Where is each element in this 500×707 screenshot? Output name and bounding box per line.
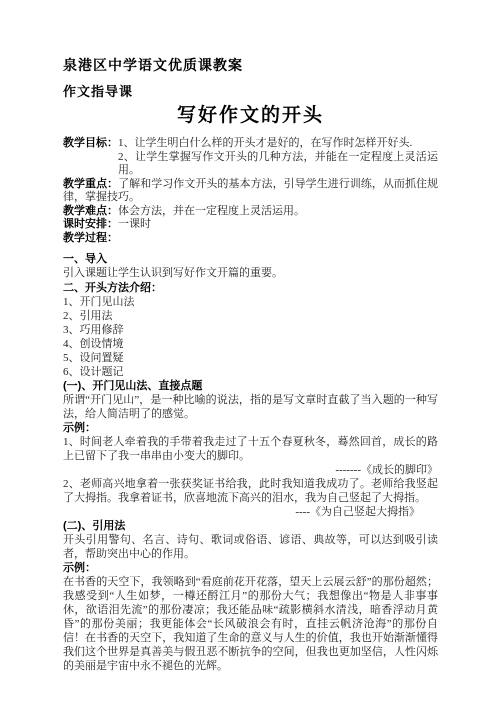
course-type-label: 作文指导课 xyxy=(63,84,438,100)
teaching-difficulty-text: 体会方法，并在一定程度上灵活运用。 xyxy=(118,205,305,217)
method-1-example-2: 2、老师高兴地拿着一张获奖证书给我，此时我知道我成功了。老师给我竖起了大拇指。我… xyxy=(63,477,438,505)
method-list-item-4: 4、创设情境 xyxy=(63,337,438,351)
method-2-explanation: 开头引用警句、名言、诗句、歌词或俗语、谚语、典故等，可以达到吸引读者，帮助突出中… xyxy=(63,533,438,561)
method-2-example-label: 示例： xyxy=(63,561,438,575)
document-title: 泉港区中学语文优质课教案 xyxy=(63,56,438,74)
teaching-goal-label: 教学目标： xyxy=(63,137,118,149)
teaching-goal-item-1: 1、让学生明白什么样的开头才是好的，在写作时怎样开好头. xyxy=(118,137,412,149)
teaching-key-point-line: 教学重点：了解和学习作文开头的基本方法，引导学生进行训练，从而抓住规律，掌握技巧… xyxy=(63,178,438,205)
section-2-heading: 二、开头方法介绍： xyxy=(63,281,438,295)
teaching-goal-line-1: 教学目标：1、让学生明白什么样的开头才是好的，在写作时怎样开好头. xyxy=(63,137,438,151)
teaching-key-point-text: 了解和学习作文开头的基本方法，引导学生进行训练，从而抓住规律，掌握技巧。 xyxy=(63,178,438,204)
method-list-item-5: 5、设问置疑 xyxy=(63,351,438,365)
method-list-item-1: 1、开门见山法 xyxy=(63,295,438,309)
teaching-difficulty-line: 教学难点：体会方法，并在一定程度上灵活运用。 xyxy=(63,205,438,219)
class-schedule-text: 一课时 xyxy=(118,218,151,230)
teaching-process-label: 教学过程： xyxy=(63,232,118,244)
lesson-plan-page: 泉港区中学语文优质课教案 作文指导课 写好作文的开头 教学目标：1、让学生明白什… xyxy=(0,0,500,707)
method-1-example-label: 示例： xyxy=(63,421,438,435)
teaching-process-line: 教学过程： xyxy=(63,232,438,246)
method-2-heading: (二)、引用法 xyxy=(63,519,438,533)
method-1-example-1: 1、时间老人牵着我的手带着我走过了十五个春夏秋冬，蓦然回首，成长的路上已留下了我… xyxy=(63,435,438,463)
class-schedule-label: 课时安排： xyxy=(63,218,118,230)
teaching-goal-item-2: 2、让学生掌握写作文开头的几种方法，并能在一定程度上灵活运用。 xyxy=(118,151,438,177)
class-schedule-line: 课时安排：一课时 xyxy=(63,218,438,232)
method-list-item-2: 2、引用法 xyxy=(63,309,438,323)
method-list-item-6: 6、设计题记 xyxy=(63,365,438,379)
teaching-key-point-label: 教学重点： xyxy=(63,178,118,190)
method-1-heading: (一)、开门见山法、直接点题 xyxy=(63,379,438,393)
teaching-difficulty-label: 教学难点： xyxy=(63,205,118,217)
section-1-heading: 一、导入 xyxy=(63,252,438,266)
method-1-example-1-source: -------《成长的脚印》 xyxy=(63,463,438,477)
method-2-example: 在书香的天空下，我领略到“看庭前花开花落，望天上云展云舒”的那份超然；我感受到“… xyxy=(63,575,438,673)
method-1-explanation: 所谓“开门见山”，是一种比喻的说法，指的是写文章时直截了当入题的一种写法，给人简… xyxy=(63,393,438,421)
teaching-goal-line-2: 2、让学生掌握写作文开头的几种方法，并能在一定程度上灵活运用。 xyxy=(63,151,438,178)
method-1-example-2-source: ----《为自己竖起大拇指》 xyxy=(63,505,438,519)
section-1-body: 引入课题让学生认识到写好作文开篇的重要。 xyxy=(63,266,438,280)
method-list-item-3: 3、巧用修辞 xyxy=(63,323,438,337)
main-title: 写好作文的开头 xyxy=(63,104,438,128)
